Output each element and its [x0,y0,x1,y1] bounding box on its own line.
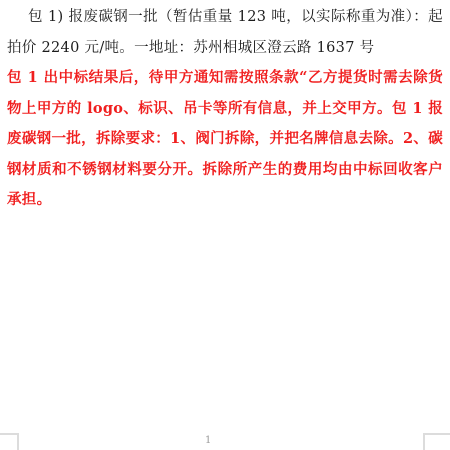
bottom-left-margin-mark-vertical [17,433,19,450]
document-page: 包 1) 报废碳钢一批（暂估重量 123 吨，以实际称重为准）：起拍价 2240… [0,0,450,450]
bottom-right-margin-mark-vertical [423,433,425,450]
document-body: 包 1) 报废碳钢一批（暂估重量 123 吨，以实际称重为准）：起拍价 2240… [7,2,443,216]
page-number: 1 [205,436,211,446]
bottom-right-margin-mark-horizontal [423,433,450,435]
paragraph-dismantling-requirements: 包 1 出中标结果后，待甲方通知需按照条款“乙方提货时需去除货物上甲方的 log… [7,63,443,216]
paragraph-lot-description: 包 1) 报废碳钢一批（暂估重量 123 吨，以实际称重为准）：起拍价 2240… [7,2,443,63]
